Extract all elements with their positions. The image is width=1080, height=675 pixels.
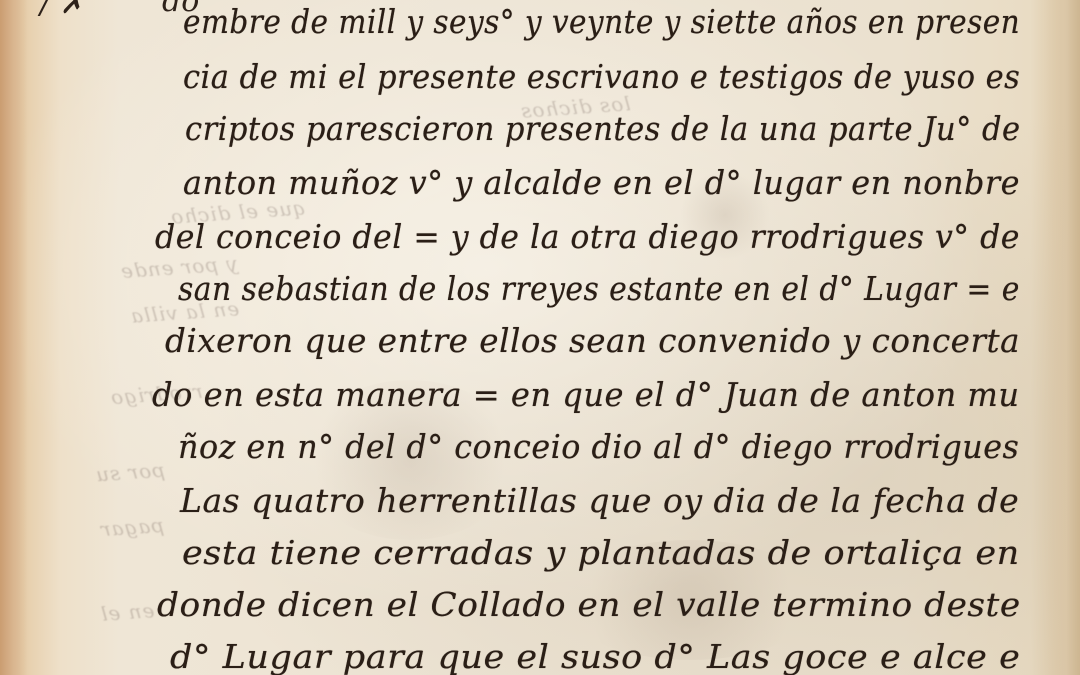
- manuscript-line: criptos parescieron presentes de la una …: [185, 112, 1021, 145]
- bleed-through-text: en el: [99, 598, 155, 626]
- manuscript-line: esta tiene cerradas y plantadas de ortal…: [182, 536, 1020, 569]
- manuscript-line: dixeron que entre ellos sean convenido y…: [165, 324, 1020, 357]
- page-right-edge: [1046, 0, 1080, 675]
- manuscript-line: embre de mill y seys° y veynte y siette …: [183, 5, 1020, 38]
- manuscript-line: anton muñoz v° y alcalde en el d° lugar …: [183, 166, 1020, 199]
- binding-edge: [0, 0, 28, 675]
- margin-mark: / ✗: [40, 0, 85, 21]
- manuscript-line: del conceio del = y de la otra diego rro…: [155, 220, 1020, 253]
- bleed-through-text: pagar: [99, 513, 165, 541]
- manuscript-line: do en esta manera = en que el d° Juan de…: [152, 378, 1020, 411]
- manuscript-line: cia de mi el presente escrivano e testig…: [183, 60, 1020, 93]
- manuscript-line: donde dicen el Collado en el valle termi…: [157, 588, 1021, 621]
- manuscript-line: Las quatro herrentillas que oy dia de la…: [180, 484, 1019, 517]
- manuscript-line: san sebastian de los rreyes estante en e…: [178, 272, 1020, 305]
- manuscript-page: que el dicho y por ende en la villa rrod…: [0, 0, 1080, 675]
- bleed-through-text: por su: [94, 458, 165, 487]
- manuscript-line: d° Lugar para que el suso d° Las goce e …: [170, 640, 1020, 673]
- manuscript-line: ñoz en n° del d° conceio dio al d° diego…: [178, 430, 1019, 463]
